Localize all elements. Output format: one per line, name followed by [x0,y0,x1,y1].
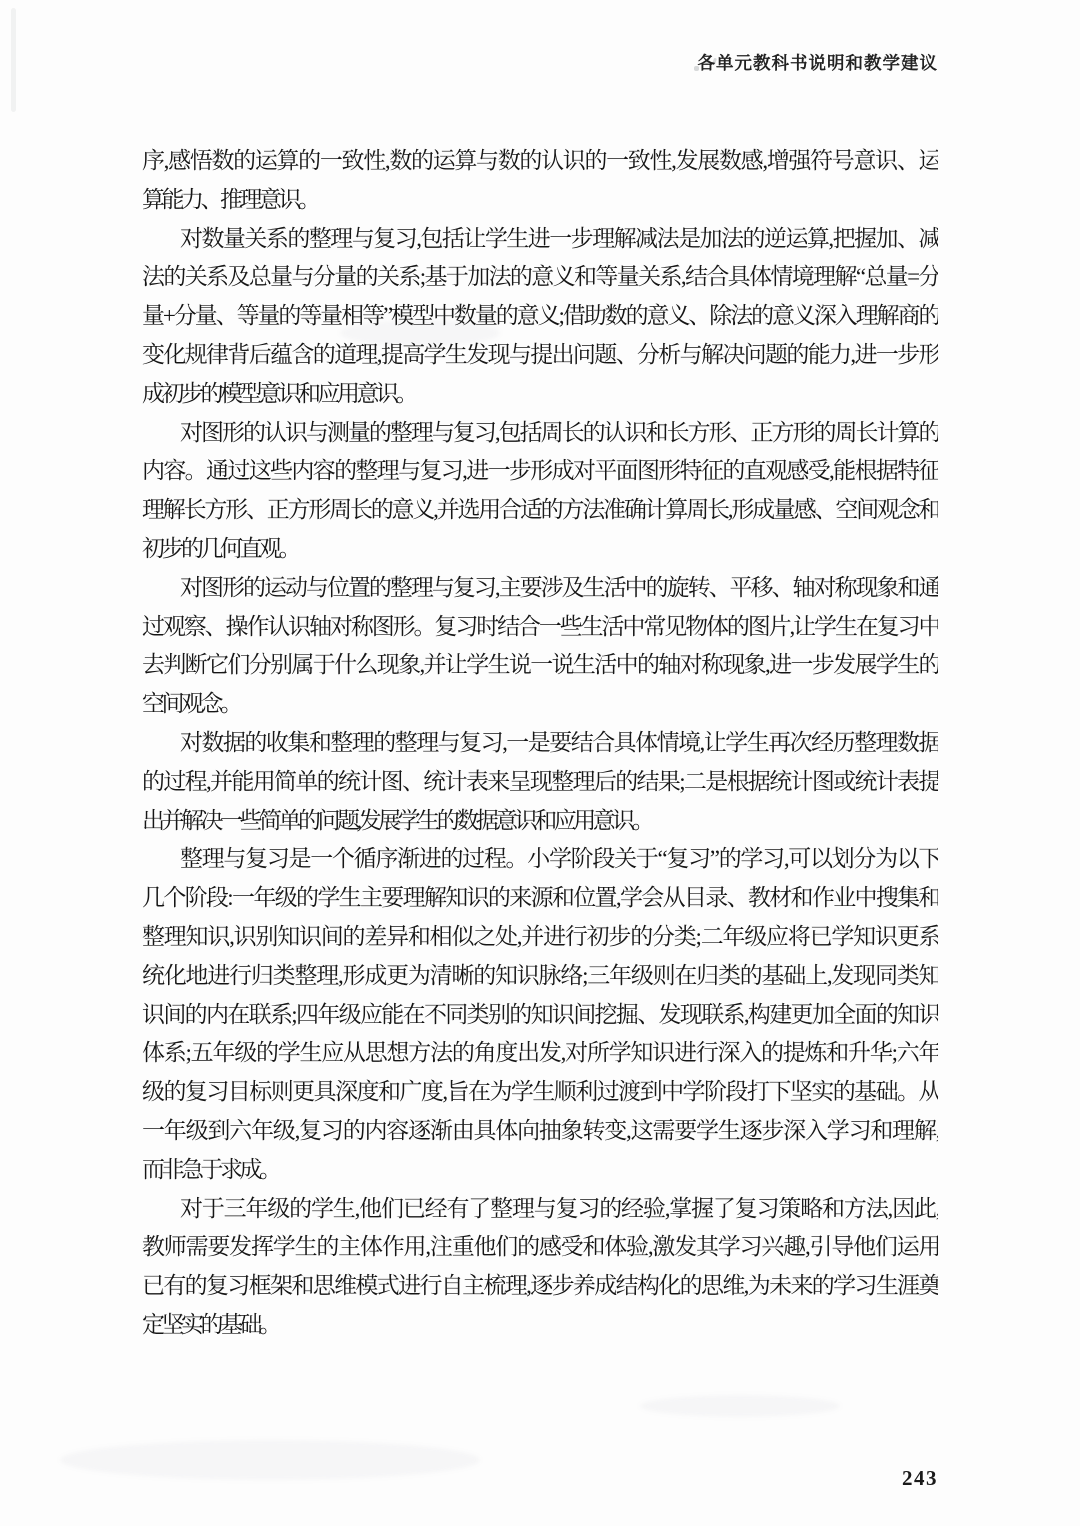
text-line: 理解长方形、正方形周长的意义,并选用合适的方法准确计算周长,形成量感、空间观念和 [142,491,938,530]
scan-artifact [11,8,16,112]
paragraph: 整理与复习是一个循序渐进的过程。小学阶段关于“复习”的学习,可以划分为以下几个阶… [142,840,938,1189]
text-line: 体系;五年级的学生应从思想方法的角度出发,对所学知识进行深入的提炼和升华;六年 [142,1034,938,1073]
text-line: 序,感悟数的运算的一致性,数的运算与数的认识的一致性,发展数感,增强符号意识、运 [142,142,938,181]
text-line: 对数量关系的整理与复习,包括让学生进一步理解减法是加法的逆运算,把握加、减 [142,220,938,259]
text-line: 变化规律背后蕴含的道理,提高学生发现与提出问题、分析与解决问题的能力,进一步形 [142,336,938,375]
scan-artifact [640,1395,840,1417]
text-line: 一年级到六年级,复习的内容逐渐由具体向抽象转变,这需要学生逐步深入学习和理解, [142,1112,938,1151]
text-line: 定坚实的基础。 [142,1306,938,1345]
text-line: 对于三年级的学生,他们已经有了整理与复习的经验,掌握了复习策略和方法,因此, [142,1190,938,1229]
text-line: 对图形的认识与测量的整理与复习,包括周长的认识和长方形、正方形的周长计算的 [142,414,938,453]
text-line: 整理知识,识别知识间的差异和相似之处,并进行初步的分类;二年级应将已学知识更系 [142,918,938,957]
document-page: 各单元教科书说明和教学建议 序,感悟数的运算的一致性,数的运算与数的认识的一致性… [0,0,1080,1526]
paragraph: 序,感悟数的运算的一致性,数的运算与数的认识的一致性,发展数感,增强符号意识、运… [142,142,938,220]
text-line: 级的复习目标则更具深度和广度,旨在为学生顺利过渡到中学阶段打下坚实的基础。从 [142,1073,938,1112]
text-line: 而非急于求成。 [142,1151,938,1190]
paragraph: 对数据的收集和整理的整理与复习,一是要结合具体情境,让学生再次经历整理数据的过程… [142,724,938,840]
running-header: 各单元教科书说明和教学建议 [698,50,939,75]
text-line: 对数据的收集和整理的整理与复习,一是要结合具体情境,让学生再次经历整理数据 [142,724,938,763]
text-line: 统化地进行归类整理,形成更为清晰的知识脉络;三年级则在归类的基础上,发现同类知 [142,957,938,996]
text-line: 识间的内在联系;四年级应能在不同类别的知识间挖掘、发现联系,构建更加全面的知识 [142,996,938,1035]
text-line: 几个阶段:一年级的学生主要理解知识的来源和位置,学会从目录、教材和作业中搜集和 [142,879,938,918]
text-line: 对图形的运动与位置的整理与复习,主要涉及生活中的旋转、平移、轴对称现象和通 [142,569,938,608]
paragraph: 对于三年级的学生,他们已经有了整理与复习的经验,掌握了复习策略和方法,因此,教师… [142,1190,938,1345]
text-line: 内容。通过这些内容的整理与复习,进一步形成对平面图形特征的直观感受,能根据特征 [142,452,938,491]
scan-artifact [60,1440,480,1480]
text-line: 算能力、推理意识。 [142,181,938,220]
text-line: 出并解决一些简单的问题,发展学生的数据意识和应用意识。 [142,802,938,841]
body-text: 序,感悟数的运算的一致性,数的运算与数的认识的一致性,发展数感,增强符号意识、运… [142,142,938,1345]
page-number: 243 [902,1466,938,1491]
text-line: 去判断它们分别属于什么现象,并让学生说一说生活中的轴对称现象,进一步发展学生的 [142,646,938,685]
text-line: 法的关系及总量与分量的关系;基于加法的意义和等量关系,结合具体情境理解“总量=分 [142,258,938,297]
text-line: 教师需要发挥学生的主体作用,注重他们的感受和体验,激发其学习兴趣,引导他们运用 [142,1228,938,1267]
text-line: 量+分量、等量的等量相等”模型中数量的意义;借助数的意义、除法的意义深入理解商的 [142,297,938,336]
text-line: 空间观念。 [142,685,938,724]
text-line: 整理与复习是一个循序渐进的过程。小学阶段关于“复习”的学习,可以划分为以下 [142,840,938,879]
text-line: 已有的复习框架和思维模式进行自主梳理,逐步养成结构化的思维,为未来的学习生涯奠 [142,1267,938,1306]
text-line: 的过程,并能用简单的统计图、统计表来呈现整理后的结果;二是根据统计图或统计表提 [142,763,938,802]
paragraph: 对图形的运动与位置的整理与复习,主要涉及生活中的旋转、平移、轴对称现象和通过观察… [142,569,938,724]
text-line: 初步的几何直观。 [142,530,938,569]
text-line: 成初步的模型意识和应用意识。 [142,375,938,414]
text-line: 过观察、操作认识轴对称图形。复习时结合一些生活中常见物体的图片,让学生在复习中 [142,608,938,647]
paragraph: 对数量关系的整理与复习,包括让学生进一步理解减法是加法的逆运算,把握加、减法的关… [142,220,938,414]
paragraph: 对图形的认识与测量的整理与复习,包括周长的认识和长方形、正方形的周长计算的内容。… [142,414,938,569]
